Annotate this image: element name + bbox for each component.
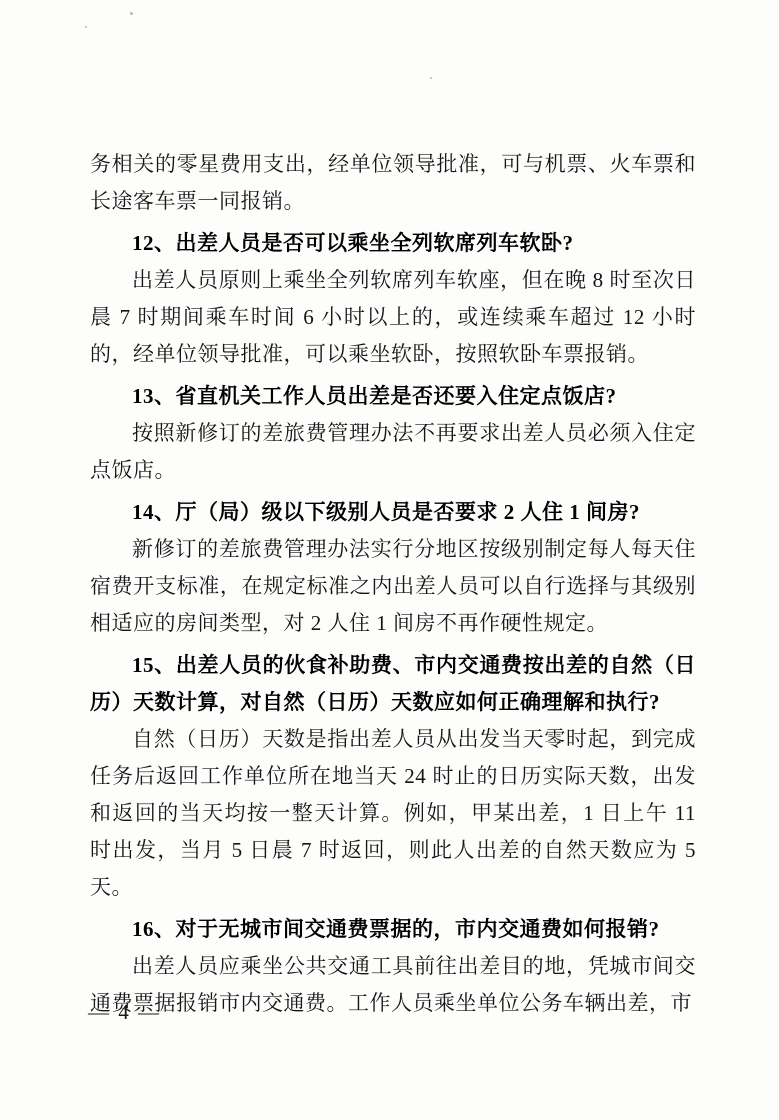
answer-paragraph-13: 按照新修订的差旅费管理办法不再要求出差人员必须入住定点饭店。 (90, 415, 696, 489)
question-heading-13: 13、省直机关工作人员出差是否还要入住定点饭店? (90, 378, 696, 415)
question-heading-12: 12、出差人员是否可以乘坐全列软席列车软卧? (90, 225, 696, 262)
scan-artifact (430, 77, 432, 79)
document-body: 务相关的零星费用支出，经单位领导批准，可与机票、火车票和长途客车票一同报销。 1… (90, 146, 696, 1022)
paragraph-continued: 务相关的零星费用支出，经单位领导批准，可与机票、火车票和长途客车票一同报销。 (90, 146, 696, 220)
answer-paragraph-14: 新修订的差旅费管理办法实行分地区按级别制定每人每天住宿费开支标准，在规定标准之内… (90, 531, 696, 642)
scan-artifact (130, 12, 133, 15)
question-heading-15: 15、出差人员的伙食补助费、市内交通费按出差的自然（日历）天数计算，对自然（日历… (90, 647, 696, 721)
scan-artifact (85, 26, 87, 28)
question-heading-14: 14、厅（局）级以下级别人员是否要求 2 人住 1 间房? (90, 494, 696, 531)
question-heading-16: 16、对于无城市间交通费票据的，市内交通费如何报销? (90, 911, 696, 948)
page-number: — 4 — (88, 1000, 161, 1025)
answer-paragraph-16: 出差人员应乘坐公共交通工具前往出差目的地，凭城市间交通费票据报销市内交通费。工作… (90, 948, 696, 1022)
answer-paragraph-15: 自然（日历）天数是指出差人员从出发当天零时起，到完成任务后返回工作单位所在地当天… (90, 721, 696, 906)
answer-paragraph-12: 出差人员原则上乘坐全列软席列车软座，但在晚 8 时至次日晨 7 时期间乘车时间 … (90, 262, 696, 373)
scanned-document-page: 务相关的零星费用支出，经单位领导批准，可与机票、火车票和长途客车票一同报销。 1… (0, 0, 779, 1120)
